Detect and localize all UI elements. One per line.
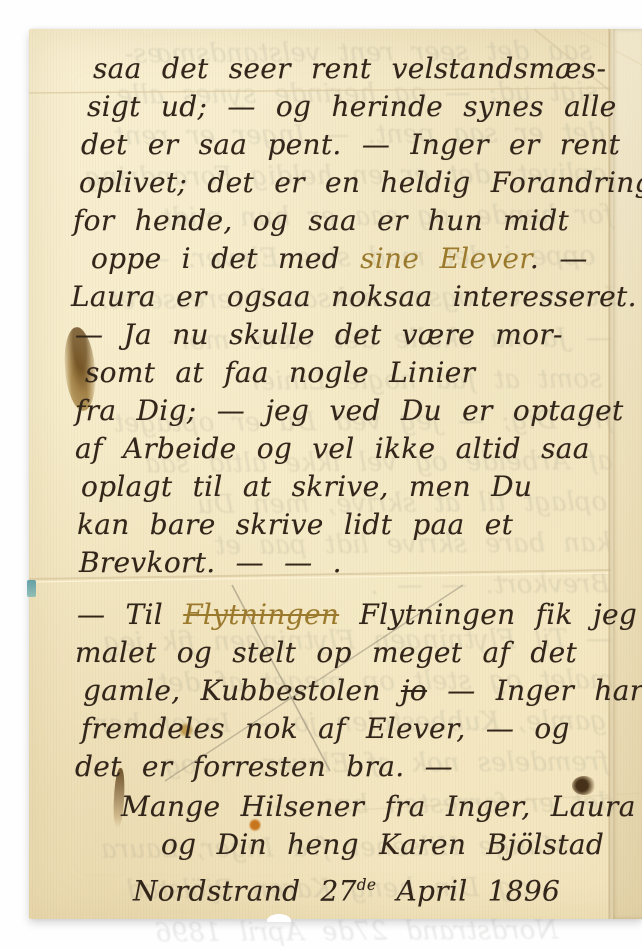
- handwriting-segment: kan bare skrive lidt paa et: [77, 508, 513, 541]
- handwriting-segment: sigt ud; — og herinde synes alle: [87, 90, 616, 123]
- handwriting-segment: saa det seer rent velstandsmæs-: [93, 52, 606, 85]
- letter-line: oppe i det med sine Elever. —: [65, 240, 627, 278]
- handwriting-segment: af Arbeide og vel ikke altid saa: [75, 432, 590, 465]
- place-date-line: Nordstrand 27de April 1896: [65, 866, 627, 910]
- handwriting-segment: Laura er ogsaa noksaa interesseret.: [71, 280, 637, 313]
- handwriting-segment: oplivet; det er en heldig Forandring: [79, 166, 642, 199]
- letter-line: fra Dig; — jeg ved Du er optaget: [65, 392, 627, 430]
- handwriting-segment: gamle, Kubbestolen: [83, 674, 401, 707]
- handwriting-segment: for hende, og saa er hun midt: [73, 204, 569, 237]
- handwriting-segment: det er saa pent. — Inger er rent: [81, 128, 620, 161]
- letter-line: gamle, Kubbestolen jo — Inger har: [65, 672, 627, 710]
- handwriting-segment: April 1896: [376, 874, 560, 907]
- handwriting-segment: fremdeles nok af Elever, — og: [81, 712, 570, 745]
- letter-line: — Til Flytningen Flytningen fik jeg: [65, 596, 627, 634]
- letter-line: af Arbeide og vel ikke altid saa: [65, 430, 627, 468]
- handwriting-segment: de: [322, 917, 354, 947]
- handwriting-segment: somt at faa nogle Linier: [85, 356, 475, 389]
- letter-line: malet og stelt op meget af det: [65, 634, 627, 672]
- letter-line: kan bare skrive lidt paa et: [65, 506, 627, 544]
- handwriting-segment: de: [357, 876, 377, 894]
- handwriting-segment: Nordstrand 27: [354, 915, 558, 946]
- handwriting-segment: April 1896: [155, 917, 322, 948]
- letter-line: sigt ud; — og herinde synes alle: [65, 88, 627, 126]
- handwriting-segment: oppe i det med: [91, 242, 360, 275]
- handwriting-segment: — Ja nu skulle det være mor-: [75, 318, 563, 351]
- letter-line: Brevkort. — — .: [65, 544, 627, 582]
- handwriting-segment: Flytningen: [183, 598, 339, 631]
- letter-line: saa det seer rent velstandsmæs-: [65, 50, 627, 88]
- letter-line: somt at faa nogle Linier: [65, 354, 627, 392]
- handwriting-segment: og Din heng Karen Bjölstad: [161, 828, 604, 861]
- letter-line: for hende, og saa er hun midt: [65, 202, 627, 240]
- letter-body: saa det seer rent velstandsmæs-sigt ud; …: [65, 50, 627, 910]
- handwriting-segment: . —: [530, 242, 588, 275]
- handwriting-segment: — Til: [77, 598, 183, 631]
- letter-line: det er saa pent. — Inger er rent: [65, 126, 627, 164]
- handwriting-segment: Nordstrand 27: [133, 874, 357, 907]
- handwriting-segment: jo: [401, 674, 427, 707]
- handwriting-segment: sine Elever: [360, 242, 530, 275]
- letter-line: — Ja nu skulle det være mor-: [65, 316, 627, 354]
- handwriting-segment: Brevkort. — — .: [79, 546, 342, 579]
- handwriting-segment: oplagt til at skrive, men Du: [81, 470, 532, 503]
- teal-edge-mark: [27, 580, 36, 597]
- bottom-edge-tear: [267, 914, 291, 922]
- handwriting-segment: det er forresten bra. —: [75, 750, 453, 783]
- handwriting-segment: fra Dig; — jeg ved Du er optaget: [75, 394, 624, 427]
- letter-line: Laura er ogsaa noksaa interesseret.: [65, 278, 627, 316]
- signature-line: og Din heng Karen Bjölstad: [65, 826, 627, 864]
- place-date-line: Nordstrand 27de April 1896: [40, 910, 626, 950]
- handwriting-segment: — Inger har: [427, 674, 642, 707]
- handwriting-segment: malet og stelt op meget af det: [75, 636, 577, 669]
- scan-background: saa det seer rent velstandsmæs-sigt ud; …: [0, 0, 642, 950]
- handwriting-segment: Mange Hilsener fra Inger, Laura: [121, 790, 636, 823]
- letter-page: saa det seer rent velstandsmæs-sigt ud; …: [29, 29, 642, 919]
- letter-line: oplivet; det er en heldig Forandring: [65, 164, 627, 202]
- handwriting-segment: Flytningen fik jeg: [339, 598, 637, 631]
- letter-line: det er forresten bra. —: [65, 748, 627, 786]
- letter-line: oplagt til at skrive, men Du: [65, 468, 627, 506]
- closing-line: Mange Hilsener fra Inger, Laura: [65, 788, 627, 826]
- letter-line: fremdeles nok af Elever, — og: [65, 710, 627, 748]
